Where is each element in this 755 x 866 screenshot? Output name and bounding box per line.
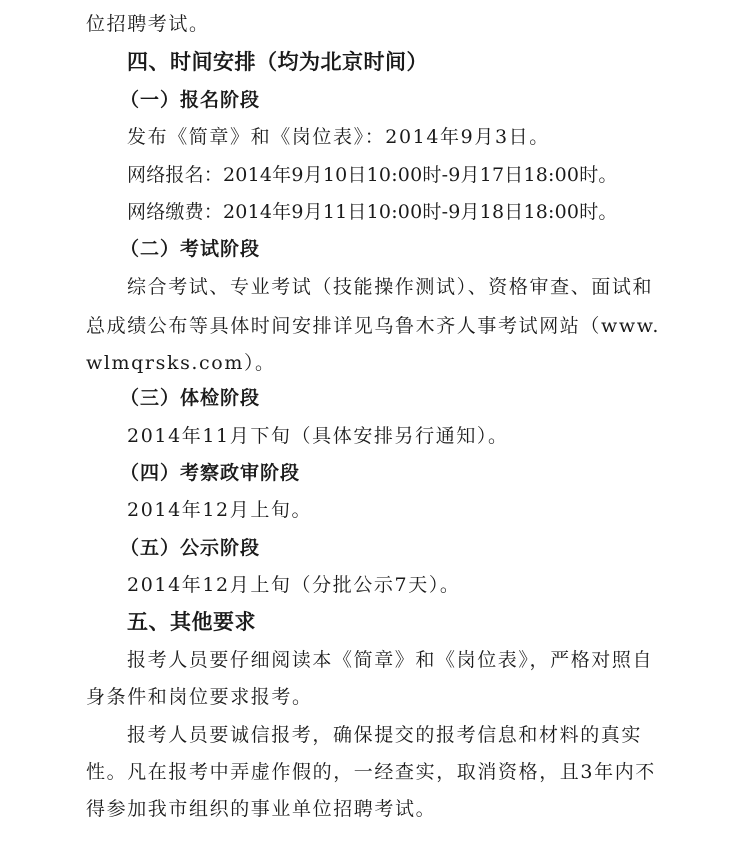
- phase4-line: 2014年12月上旬。: [127, 498, 312, 522]
- section4-heading: 四、时间安排（均为北京时间）: [127, 50, 428, 74]
- phase5-line: 2014年12月上旬（分批公示7天）。: [127, 573, 461, 597]
- phase1-line: 发布《简章》和《岗位表》：2014年9月3日。: [127, 125, 550, 149]
- section5-heading: 五、其他要求: [127, 610, 256, 634]
- phase2-line: 总成绩公布等具体时间安排详见乌鲁木齐人事考试网站（www.: [86, 314, 660, 338]
- phase1-line: 网络报名：2014年9月10日10:00时-9月17日18:00时。: [127, 163, 618, 187]
- section5-paragraph2-line: 得参加我市组织的事业单位招聘考试。: [86, 797, 436, 821]
- phase5-heading: （五）公示阶段: [120, 536, 260, 560]
- continuation-text: 位招聘考试。: [86, 12, 210, 36]
- phase2-line: 综合考试、专业考试（技能操作测试）、资格审查、面试和: [127, 275, 653, 299]
- phase2-heading: （二）考试阶段: [120, 237, 260, 261]
- phase4-heading: （四）考察政审阶段: [120, 461, 300, 485]
- phase1-heading: （一）报名阶段: [120, 88, 260, 112]
- section5-paragraph1-line: 报考人员要仔细阅读本《简章》和《岗位表》，严格对照自: [127, 648, 653, 672]
- document-page: 位招聘考试。 四、时间安排（均为北京时间） （一）报名阶段 发布《简章》和《岗位…: [0, 0, 755, 866]
- section5-paragraph2-line: 性。凡在报考中弄虚作假的，一经查实，取消资格，且3年内不: [86, 760, 656, 784]
- phase2-line: wlmqrsks.com）。: [86, 351, 276, 375]
- section5-paragraph1-line: 身条件和岗位要求报考。: [86, 685, 313, 709]
- phase3-line: 2014年11月下旬（具体安排另行通知）。: [127, 424, 509, 448]
- phase1-line: 网络缴费：2014年9月11日10:00时-9月18日18:00时。: [127, 200, 618, 224]
- phase3-heading: （三）体检阶段: [120, 386, 260, 410]
- section5-paragraph2-line: 报考人员要诚信报考，确保提交的报考信息和材料的真实: [127, 723, 642, 747]
